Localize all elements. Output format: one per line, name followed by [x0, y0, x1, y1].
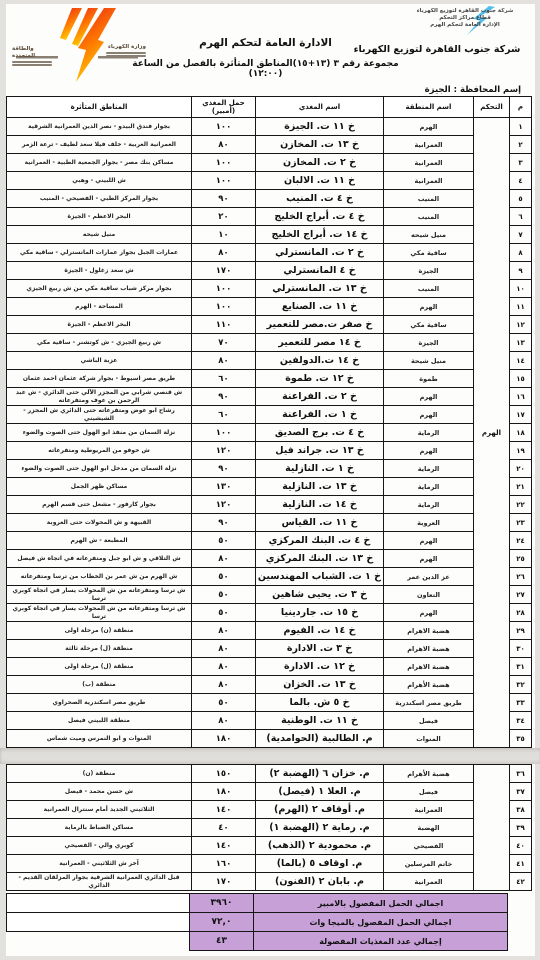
feeder-name-cell: خ ١٣ ت. النازلية — [256, 478, 384, 496]
ministry-name-left: والطاقة المتجددة — [12, 46, 52, 67]
feeder-load-cell: ٩٠ — [192, 460, 256, 478]
affected-areas-cell: قبل الدائري العمرانية الشرقية بجوار المز… — [7, 873, 192, 891]
feeder-load-cell: ١٥٠ — [192, 765, 256, 783]
feeder-name-cell: م. رماية ٢ (الهضبة ١) — [256, 819, 384, 837]
affected-areas-cell: ش ترسا ومتفرعاته من ش المحولات يسار في ا… — [7, 604, 192, 622]
row-number-cell: ٢١ — [510, 478, 532, 496]
totals-row: إجمالي عدد المغذيات المفصولة٤٣ — [7, 932, 508, 951]
table-row: ٤٢العمرانيةم. بابان ٢ (الفنون)١٧٠قبل الد… — [7, 873, 532, 891]
affected-areas-cell: رشاح ابو عوض ومتفرعاته حتى الدائري ش الم… — [7, 406, 192, 424]
feeder-name-cell: خ ٤ ت. أبراج الخليج — [256, 208, 384, 226]
feeder-load-cell: ١٢٠ — [192, 496, 256, 514]
feeder-load-cell: ١٠٠ — [192, 424, 256, 442]
total-label-cell: إجمالي عدد المغذيات المفصولة — [254, 932, 508, 951]
row-number-cell: ٣٣ — [510, 694, 532, 712]
feeder-load-cell: ٧٠ — [192, 334, 256, 352]
affected-areas-cell: العمرانية الغربية - خلف فيلا سعد لطيف - … — [7, 136, 192, 154]
row-number-cell: ٢٧ — [510, 586, 532, 604]
area-name-cell: منيل شيحة — [384, 352, 474, 370]
row-number-cell: ٤٠ — [510, 837, 532, 855]
row-number-cell: ١٨ — [510, 424, 532, 442]
affected-areas-cell: بجوار كارفور - مشعل حتى قسم الهرم — [7, 496, 192, 514]
feeder-load-cell: ١٨٠ — [192, 730, 256, 748]
document-sheet: شركة جنوب القاهرة لتوزيع الكهرباء قطاع م… — [6, 4, 535, 956]
table-row: ٤العمرانيةخ ١١ ت. الالبان١٠٠ش اللبيني - … — [7, 172, 532, 190]
feeder-load-cell: ١٠٠ — [192, 154, 256, 172]
feeder-name-cell: خ ٢ ت. المانسترلي — [256, 244, 384, 262]
table-row: ٣٤فيصلخ ١١ ت. الوطنية٨٠منطقة اللبيني فيص… — [7, 712, 532, 730]
area-name-cell: فيصل — [384, 712, 474, 730]
table-row: ١الهرمالهرمخ ١١ ت. الجيزة١٠٠بجوار فندق ا… — [7, 118, 532, 136]
area-name-cell: العمرانية — [384, 873, 474, 891]
feeder-load-cell: ٦٠ — [192, 370, 256, 388]
area-name-cell: هضبة الاهرام — [384, 622, 474, 640]
row-number-cell: ٢٤ — [510, 532, 532, 550]
feeder-load-cell: ١٠٠ — [192, 172, 256, 190]
area-name-cell: هضبة الاهرام — [384, 658, 474, 676]
row-number-cell: ١٣ — [510, 334, 532, 352]
feeder-name-cell: خ ١ ت. الفراعنة — [256, 406, 384, 424]
affected-areas-cell: المنوات و ابو النمرس وميت شماس — [7, 730, 192, 748]
feeder-name-cell: خ ١٤ ت. النازلية — [256, 496, 384, 514]
table-row: ١٢ساقية مكيخ صفر ت.مصر للتعمير١١٠البحر ا… — [7, 316, 532, 334]
row-number-cell: ٣ — [510, 154, 532, 172]
affected-areas-cell: آخر ش الثلاثيني - العمرانية — [7, 855, 192, 873]
affected-areas-cell: منيل شيحه — [7, 226, 192, 244]
table-row: ١٣الجيزةخ ١٤ مصر للتعمير٧٠ش ربيع الجيزي … — [7, 334, 532, 352]
feeder-load-cell: ١٠٠ — [192, 118, 256, 136]
area-name-cell: الجيزة — [384, 334, 474, 352]
affected-areas-cell: ش اللبيني - وهبي — [7, 172, 192, 190]
row-number-cell: ٣٤ — [510, 712, 532, 730]
feeder-name-cell: م. اوقاف ٥ (بالما) — [256, 855, 384, 873]
row-number-cell: ٢٦ — [510, 568, 532, 586]
table-row: ١٠المنيبخ ١٣ ت. المانسترلي١٠٠بجوار مركز … — [7, 280, 532, 298]
table-row: ٢٢الرمايةخ ١٤ ت. النازلية١٢٠بجوار كارفور… — [7, 496, 532, 514]
feeder-name-cell: خ ٢ ت. المخازن — [256, 154, 384, 172]
table-row: ٢١الرمايةخ ١٣ ت. النازلية١٣٠مساكن ظهر ال… — [7, 478, 532, 496]
table-row: ١٦الهرمخ ٢ ت. الفراعنة٩٠ش قنصي شرابي من … — [7, 388, 532, 406]
area-name-cell: ساقية مكي — [384, 244, 474, 262]
ministry-label: والطاقة المتجددة — [12, 46, 35, 59]
feeder-load-cell: ٥٠ — [192, 604, 256, 622]
stamp-line: الإدارة العامة لتحكم الهرم — [405, 22, 525, 29]
table-row: ٧منيل شيحهخ ١٤ ت. أبراج الخليج١٠منيل شيح… — [7, 226, 532, 244]
outage-group-title: مجموعة رقم ٣ (١٣+١٥)المناطق المتأثرة بال… — [116, 59, 415, 79]
affected-areas-cell: منطقة (ن) مرحلة اولى — [7, 622, 192, 640]
row-number-cell: ١٥ — [510, 370, 532, 388]
feeder-load-cell: ١١٠ — [192, 316, 256, 334]
feeder-name-cell: خ ٣ ت. يحيى شاهين — [256, 586, 384, 604]
affected-areas-cell: ش ترسا ومتفرعاته من ش المحولات يسار في ا… — [7, 586, 192, 604]
outage-second-table: ٣٦هضبة الأهرامم. خزان ٦ (الهضبة ٢)١٥٠منط… — [6, 764, 532, 891]
ministry-logo: وزارة الكهرباء والطاقة المتجددة — [14, 6, 140, 84]
row-number-cell: ٦ — [510, 208, 532, 226]
feeder-load-cell: ١٧٠ — [192, 262, 256, 280]
table-row: ١٩الهرمخ ١٣ ت. جراند فيل١٢٠ش خوفو من الم… — [7, 442, 532, 460]
feeder-name-cell: خ ٥ ش. بالما — [256, 694, 384, 712]
affected-areas-cell: ش الهرم من ش عمر بن الخطاب من ترسا ومتفر… — [7, 568, 192, 586]
affected-areas-cell: منطقة (ل) مرحلة اولى — [7, 658, 192, 676]
area-name-cell: عز الدين عمر — [384, 568, 474, 586]
row-number-cell: ٣٩ — [510, 819, 532, 837]
feeder-name-cell: م. العلا ١ (فيصل) — [256, 783, 384, 801]
col-header-control: التحكم — [474, 97, 510, 118]
row-number-cell: ٢٢ — [510, 496, 532, 514]
feeder-name-cell: خ ٤ ت. البنك المركزي — [256, 532, 384, 550]
row-number-cell: ٣٧ — [510, 783, 532, 801]
row-number-cell: ٢٥ — [510, 550, 532, 568]
feeder-load-cell: ٤٠ — [192, 819, 256, 837]
control-center-cell: الهرم — [474, 118, 510, 748]
feeder-name-cell: خ ١٣ ت. البنك المركزي — [256, 550, 384, 568]
row-number-cell: ١٧ — [510, 406, 532, 424]
table-row: ١٨الرمايةخ ٤ ت. برج الصديق١٠٠نزلة السمان… — [7, 424, 532, 442]
area-name-cell: الفصيحي — [384, 837, 474, 855]
affected-areas-cell: ش سعد زغلول - الجيزة — [7, 262, 192, 280]
area-name-cell: هضبة الأهرام — [384, 676, 474, 694]
total-label-cell: اجمالي الحمل المفصول بالامبير — [254, 894, 508, 913]
empty-cell — [7, 913, 190, 932]
area-name-cell: المنيب — [384, 280, 474, 298]
table-row: ١١الهرمخ ١١ ت. الصنايع١٠٠المساحة - الهرم — [7, 298, 532, 316]
empty-cell — [7, 894, 190, 913]
table-row: ٢٣العروبةخ ١١ ت. القياس٩٠القبيهة و ش الم… — [7, 514, 532, 532]
affected-areas-cell: ش التلاقي و ش ابو جبل ومتفرعاته في اتجاه… — [7, 550, 192, 568]
affected-areas-cell: بجوار المركز الطبي - الفصيحي - المنيب — [7, 190, 192, 208]
row-number-cell: ٤٢ — [510, 873, 532, 891]
feeder-name-cell: خ ١٤ ت. أبراج الخليج — [256, 226, 384, 244]
feeder-name-cell: خ ١٣ ت. المخازن — [256, 136, 384, 154]
feeder-load-cell: ٨٠ — [192, 550, 256, 568]
affected-areas-cell: مساكن الضباط بالرماية — [7, 819, 192, 837]
feeder-load-cell: ٨٠ — [192, 136, 256, 154]
row-number-cell: ١٠ — [510, 280, 532, 298]
affected-areas-cell: نزلة السمان من مدخل ابو الهول حتى الصوت … — [7, 460, 192, 478]
affected-areas-cell: منطقة اللبيني فيصل — [7, 712, 192, 730]
row-number-cell: ٢٣ — [510, 514, 532, 532]
total-value-cell: ٧٢,٠ — [190, 913, 254, 932]
area-name-cell: المنوات — [384, 730, 474, 748]
table-row: ٣٨العمرانيةم. أوقاف ٢ (الهرم)١٤٠الثلاثين… — [7, 801, 532, 819]
area-name-cell: الرماية — [384, 478, 474, 496]
affected-areas-cell: نزلة السمان من منفذ ابو الهول حتى الصوت … — [7, 424, 192, 442]
row-number-cell: ٤١ — [510, 855, 532, 873]
area-name-cell: طموة — [384, 370, 474, 388]
area-name-cell: ساقية مكي — [384, 316, 474, 334]
outage-main-table: م التحكم اسم المنطقة اسم المغذي حمل المغ… — [6, 96, 532, 748]
feeder-name-cell: خ ١١ ت. القياس — [256, 514, 384, 532]
area-name-cell: المنيب — [384, 190, 474, 208]
totals-row: اجمالي الحمل المفصول بالميجا وات٧٢,٠ — [7, 913, 508, 932]
feeder-load-cell: ١٠٠ — [192, 298, 256, 316]
area-name-cell: العمرانية — [384, 172, 474, 190]
area-name-cell: الجيزة — [384, 262, 474, 280]
table-row: ٣٠هضبة الاهرامخ ٣ ت. الادارة٨٠منطقة (ل) … — [7, 640, 532, 658]
feeder-name-cell: خ ١٤ ت. الفيوم — [256, 622, 384, 640]
table-row: ٣١هضبة الاهرامخ ١٢ ت. الادارة٨٠منطقة (ل)… — [7, 658, 532, 676]
table-row: ٢٠الرمايةخ ١ ت. النازلية٩٠نزلة السمان من… — [7, 460, 532, 478]
feeder-name-cell: م. الطالبية (الحوامدية) — [256, 730, 384, 748]
area-name-cell: العمرانية — [384, 136, 474, 154]
row-number-cell: ٣٨ — [510, 801, 532, 819]
scan-seam — [0, 748, 540, 764]
decorative-text-bars — [12, 61, 52, 66]
affected-areas-cell: طريق مصر اسكندرية الصحراوي — [7, 694, 192, 712]
feeder-load-cell: ١٠٠ — [192, 280, 256, 298]
table-row: ٢٦عز الدين عمرخ ١ ت. الشباب المهندسين٥٠ش… — [7, 568, 532, 586]
table-row: ٢العمرانيةخ ١٣ ت. المخازن٨٠العمرانية الغ… — [7, 136, 532, 154]
affected-areas-cell: منطقة (ب) — [7, 676, 192, 694]
feeder-name-cell: خ ١٢ ت. طموة — [256, 370, 384, 388]
document-header: شركة جنوب القاهرة لتوزيع الكهرباء قطاع م… — [6, 4, 535, 96]
affected-areas-cell: كوبري والي - الفصيحي — [7, 837, 192, 855]
feeder-name-cell: م. بابان ٢ (الفنون) — [256, 873, 384, 891]
feeder-load-cell: ٨٠ — [192, 640, 256, 658]
feeder-load-cell: ٨٠ — [192, 712, 256, 730]
feeder-name-cell: خ ١ ت. النازلية — [256, 460, 384, 478]
affected-areas-cell: المساحة - الهرم — [7, 298, 192, 316]
affected-areas-cell: ش قنصي شرابي من المجزر الآلي حتى الدائري… — [7, 388, 192, 406]
row-number-cell: ١ — [510, 118, 532, 136]
area-name-cell: هضبة الاهرام — [384, 640, 474, 658]
table-row: ٣٧فيصلم. العلا ١ (فيصل)١٨٠ش حسن محمد - ف… — [7, 783, 532, 801]
row-number-cell: ٧ — [510, 226, 532, 244]
control-center-cell — [474, 765, 510, 891]
feeder-load-cell: ١٧٠ — [192, 873, 256, 891]
feeder-load-cell: ٥٠ — [192, 568, 256, 586]
affected-areas-cell: بجوار فندق البيدو - نصر الدين العمرانية … — [7, 118, 192, 136]
feeder-name-cell: خ ١ ت. الشباب المهندسين — [256, 568, 384, 586]
row-number-cell: ٣١ — [510, 658, 532, 676]
table-row: ٣٣طريق مصر اسكندريةخ ٥ ش. بالما٥٠طريق مص… — [7, 694, 532, 712]
table-row: ٥المنيبخ ٤ ت. المنيب٩٠بجوار المركز الطبي… — [7, 190, 532, 208]
feeder-load-cell: ٩٠ — [192, 190, 256, 208]
table-row: ٣٩الهضبةم. رماية ٢ (الهضبة ١)٤٠مساكن الض… — [7, 819, 532, 837]
affected-areas-cell: عمارات الجبل بجوار عمارات المانسترلي - س… — [7, 244, 192, 262]
affected-areas-cell: منطقة (ل) مرحلة ثالثة — [7, 640, 192, 658]
table-row: ٢٧التعاونخ ٣ ت. يحيى شاهين٥٠ش ترسا ومتفر… — [7, 586, 532, 604]
feeder-name-cell: خ ١٤ مصر للتعمير — [256, 334, 384, 352]
company-stamp: شركة جنوب القاهرة لتوزيع الكهرباء قطاع م… — [405, 8, 525, 42]
feeder-load-cell: ٩٠ — [192, 388, 256, 406]
affected-areas-cell: ش ربيع الجيزي - ش كوتشنر - ساقية مكي — [7, 334, 192, 352]
area-name-cell: الهضبة — [384, 819, 474, 837]
table-header-row: م التحكم اسم المنطقة اسم المغذي حمل المغ… — [7, 97, 532, 118]
area-name-cell: الهرم — [384, 298, 474, 316]
row-number-cell: ٨ — [510, 244, 532, 262]
feeder-load-cell: ١٦٠ — [192, 855, 256, 873]
row-number-cell: ٢٩ — [510, 622, 532, 640]
feeder-load-cell: ٨٠ — [192, 622, 256, 640]
row-number-cell: ١٦ — [510, 388, 532, 406]
area-name-cell: الرماية — [384, 460, 474, 478]
table-row: ٢٨الهرمخ ١٥ ت. جاردينيا٥٠ش ترسا ومتفرعات… — [7, 604, 532, 622]
table-row: ٤٠الفصيحيم. محمودية ٢ (الذهب)١٤٠كوبري وا… — [7, 837, 532, 855]
scanned-outage-document: { "colors": { "highlight": "#c6a0d6", "b… — [0, 0, 540, 960]
col-header-num: م — [510, 97, 532, 118]
feeder-name-cell: م. خزان ٦ (الهضبة ٢) — [256, 765, 384, 783]
row-number-cell: ٥ — [510, 190, 532, 208]
total-label-cell: اجمالي الحمل المفصول بالميجا وات — [254, 913, 508, 932]
row-number-cell: ٢ — [510, 136, 532, 154]
feeder-load-cell: ١٠ — [192, 226, 256, 244]
feeder-name-cell: خ ١٣ ت. المانسترلي — [256, 280, 384, 298]
main-table-body: ١الهرمالهرمخ ١١ ت. الجيزة١٠٠بجوار فندق ا… — [7, 118, 532, 748]
feeder-name-cell: خ ١١ ت. الجيزة — [256, 118, 384, 136]
area-name-cell: العمرانية — [384, 154, 474, 172]
area-name-cell: العمرانية — [384, 801, 474, 819]
area-name-cell: الرماية — [384, 496, 474, 514]
col-header-feeder: اسم المغذي — [256, 97, 384, 118]
affected-areas-cell: ش حسن محمد - فيصل — [7, 783, 192, 801]
row-number-cell: ٤ — [510, 172, 532, 190]
table-row: ١٤منيل شيحةخ ١٤ ت.الدولفين٨٠عزبة الباشي — [7, 352, 532, 370]
table-row: ٢٥الهرمخ ١٣ ت. البنك المركزي٨٠ش التلاقي … — [7, 550, 532, 568]
feeder-name-cell: خ ١١ ت. الالبان — [256, 172, 384, 190]
feeder-load-cell: ٦٠ — [192, 406, 256, 424]
row-number-cell: ١٩ — [510, 442, 532, 460]
affected-areas-cell: البحر الاعظم - الجيزة — [7, 208, 192, 226]
table-row: ٣العمرانيةخ ٢ ت. المخازن١٠٠مساكن بنك مصر… — [7, 154, 532, 172]
row-number-cell: ٣٢ — [510, 676, 532, 694]
feeder-load-cell: ٢٠ — [192, 208, 256, 226]
second-table-body: ٣٦هضبة الأهرامم. خزان ٦ (الهضبة ٢)١٥٠منط… — [7, 765, 532, 891]
row-number-cell: ١٤ — [510, 352, 532, 370]
feeder-load-cell: ٥٠ — [192, 532, 256, 550]
governorate-label: إسم المحافظة : الجيزة — [425, 85, 521, 95]
totals-table-body: اجمالي الحمل المفصول بالامبير٣٩٦٠اجمالي … — [7, 894, 508, 951]
feeder-load-cell: ٨٠ — [192, 244, 256, 262]
feeder-load-cell: ٥٠ — [192, 586, 256, 604]
table-row: ٢٤الهرمخ ٤ ت. البنك المركزي٥٠المطبعة - ش… — [7, 532, 532, 550]
feeder-load-cell: ١٤٠ — [192, 837, 256, 855]
totals-table: اجمالي الحمل المفصول بالامبير٣٩٦٠اجمالي … — [6, 893, 508, 951]
col-header-load: حمل المغذي (أمبير) — [192, 97, 256, 118]
affected-areas-cell: طريق مصر اسيوط - بجوار شركة عثمان احمد ع… — [7, 370, 192, 388]
feeder-load-cell: ٨٠ — [192, 352, 256, 370]
feeder-name-cell: خ ٤ المانسترلي — [256, 262, 384, 280]
department-title: الادارة العامة لتحكم الهرم — [156, 37, 375, 49]
feeder-name-cell: خ ٤ ت. المنيب — [256, 190, 384, 208]
row-number-cell: ٣٠ — [510, 640, 532, 658]
area-name-cell: الهرم — [384, 118, 474, 136]
area-name-cell: الهرم — [384, 604, 474, 622]
affected-areas-cell: الثلاثيني الجديد أمام سنترال العمرانية — [7, 801, 192, 819]
row-number-cell: ٩ — [510, 262, 532, 280]
feeder-name-cell: م. محمودية ٢ (الذهب) — [256, 837, 384, 855]
feeder-name-cell: خ ١٣ ت. الخزان — [256, 676, 384, 694]
table-row: ١٥طموةخ ١٢ ت. طموة٦٠طريق مصر اسيوط - بجو… — [7, 370, 532, 388]
table-row: ١٧الهرمخ ١ ت. الفراعنة٦٠رشاح ابو عوض ومت… — [7, 406, 532, 424]
area-name-cell: المنيب — [384, 208, 474, 226]
total-value-cell: ٣٩٦٠ — [190, 894, 254, 913]
area-name-cell: الهرم — [384, 532, 474, 550]
table-row: ٨ساقية مكيخ ٢ ت. المانسترلي٨٠عمارات الجب… — [7, 244, 532, 262]
table-row: ٣٢هضبة الأهرامخ ١٣ ت. الخزان٨٠منطقة (ب) — [7, 676, 532, 694]
blank-area — [7, 932, 190, 951]
affected-areas-cell: القبيهة و ش المحولات حتى العروبة — [7, 514, 192, 532]
affected-areas-cell: مساكن بنك مصر - بجوار الجمعية الطبية - ا… — [7, 154, 192, 172]
feeder-load-cell: ١٤٠ — [192, 801, 256, 819]
table-row: ٩الجيزةخ ٤ المانسترلي١٧٠ش سعد زغلول - ال… — [7, 262, 532, 280]
feeder-name-cell: خ ٢ ت. الفراعنة — [256, 388, 384, 406]
feeder-load-cell: ١٣٠ — [192, 478, 256, 496]
row-number-cell: ٣٦ — [510, 765, 532, 783]
affected-areas-cell: عزبة الباشي — [7, 352, 192, 370]
area-name-cell: الهرم — [384, 406, 474, 424]
row-number-cell: ٢٨ — [510, 604, 532, 622]
feeder-name-cell: خ ٤ ت. برج الصديق — [256, 424, 384, 442]
affected-areas-cell: البحر الاعظم - الجيزة — [7, 316, 192, 334]
feeder-load-cell: ٨٠ — [192, 658, 256, 676]
area-name-cell: الهرم — [384, 550, 474, 568]
feeder-name-cell: خ ١١ ت. الصنايع — [256, 298, 384, 316]
feeder-name-cell: خ ١٣ ت. جراند فيل — [256, 442, 384, 460]
ministry-label: وزارة الكهرباء — [108, 44, 146, 50]
affected-areas-cell: ش خوفو من المريوطية ومتفرعاته — [7, 442, 192, 460]
feeder-name-cell: خ ١١ ت. الوطنية — [256, 712, 384, 730]
stamp-line: شركة جنوب القاهرة لتوزيع الكهرباء — [405, 8, 525, 15]
feeder-load-cell: ٩٠ — [192, 514, 256, 532]
affected-areas-cell: مساكن ظهر الجمل — [7, 478, 192, 496]
row-number-cell: ٣٥ — [510, 730, 532, 748]
area-name-cell: خاتم المرسلين — [384, 855, 474, 873]
table-row: ٣٦هضبة الأهرامم. خزان ٦ (الهضبة ٢)١٥٠منط… — [7, 765, 532, 783]
area-name-cell: منيل شيحه — [384, 226, 474, 244]
col-header-area: اسم المنطقة — [384, 97, 474, 118]
feeder-name-cell: خ صفر ت.مصر للتعمير — [256, 316, 384, 334]
area-name-cell: العروبة — [384, 514, 474, 532]
table-row: ٦المنيبخ ٤ ت. أبراج الخليج٢٠البحر الاعظم… — [7, 208, 532, 226]
feeder-load-cell: ٨٠ — [192, 676, 256, 694]
area-name-cell: هضبة الأهرام — [384, 765, 474, 783]
totals-row: اجمالي الحمل المفصول بالامبير٣٩٦٠ — [7, 894, 508, 913]
affected-areas-cell: منطقة (ن) — [7, 765, 192, 783]
feeder-load-cell: ١٢٠ — [192, 442, 256, 460]
row-number-cell: ١٢ — [510, 316, 532, 334]
feeder-name-cell: خ ١٥ ت. جاردينيا — [256, 604, 384, 622]
table-row: ٣٥المنواتم. الطالبية (الحوامدية)١٨٠المنو… — [7, 730, 532, 748]
col-header-affected: المناطق المتأثرة — [7, 97, 192, 118]
feeder-name-cell: خ ١٤ ت.الدولفين — [256, 352, 384, 370]
feeder-name-cell: خ ١٢ ت. الادارة — [256, 658, 384, 676]
table-row: ٢٩هضبة الاهرامخ ١٤ ت. الفيوم٨٠منطقة (ن) … — [7, 622, 532, 640]
area-name-cell: الرماية — [384, 424, 474, 442]
area-name-cell: الهرم — [384, 388, 474, 406]
table-row: ٤١خاتم المرسلينم. اوقاف ٥ (بالما)١٦٠آخر … — [7, 855, 532, 873]
stamp-line: قطاع مراكز التحكم — [405, 15, 525, 22]
affected-areas-cell: المطبعة - ش الهرم — [7, 532, 192, 550]
area-name-cell: طريق مصر اسكندرية — [384, 694, 474, 712]
decorative-text-bars — [106, 52, 146, 57]
area-name-cell: التعاون — [384, 586, 474, 604]
row-number-cell: ٢٠ — [510, 460, 532, 478]
feeder-load-cell: ٥٠ — [192, 694, 256, 712]
affected-areas-cell: بجوار مركز شباب ساقية مكي من ش ربيع الجي… — [7, 280, 192, 298]
feeder-name-cell: م. أوقاف ٢ (الهرم) — [256, 801, 384, 819]
feeder-name-cell: خ ٣ ت. الادارة — [256, 640, 384, 658]
total-value-cell: ٤٣ — [190, 932, 254, 951]
row-number-cell: ١١ — [510, 298, 532, 316]
feeder-load-cell: ١٨٠ — [192, 783, 256, 801]
ministry-name-right: وزارة الكهرباء — [106, 44, 146, 58]
area-name-cell: فيصل — [384, 783, 474, 801]
area-name-cell: الهرم — [384, 442, 474, 460]
